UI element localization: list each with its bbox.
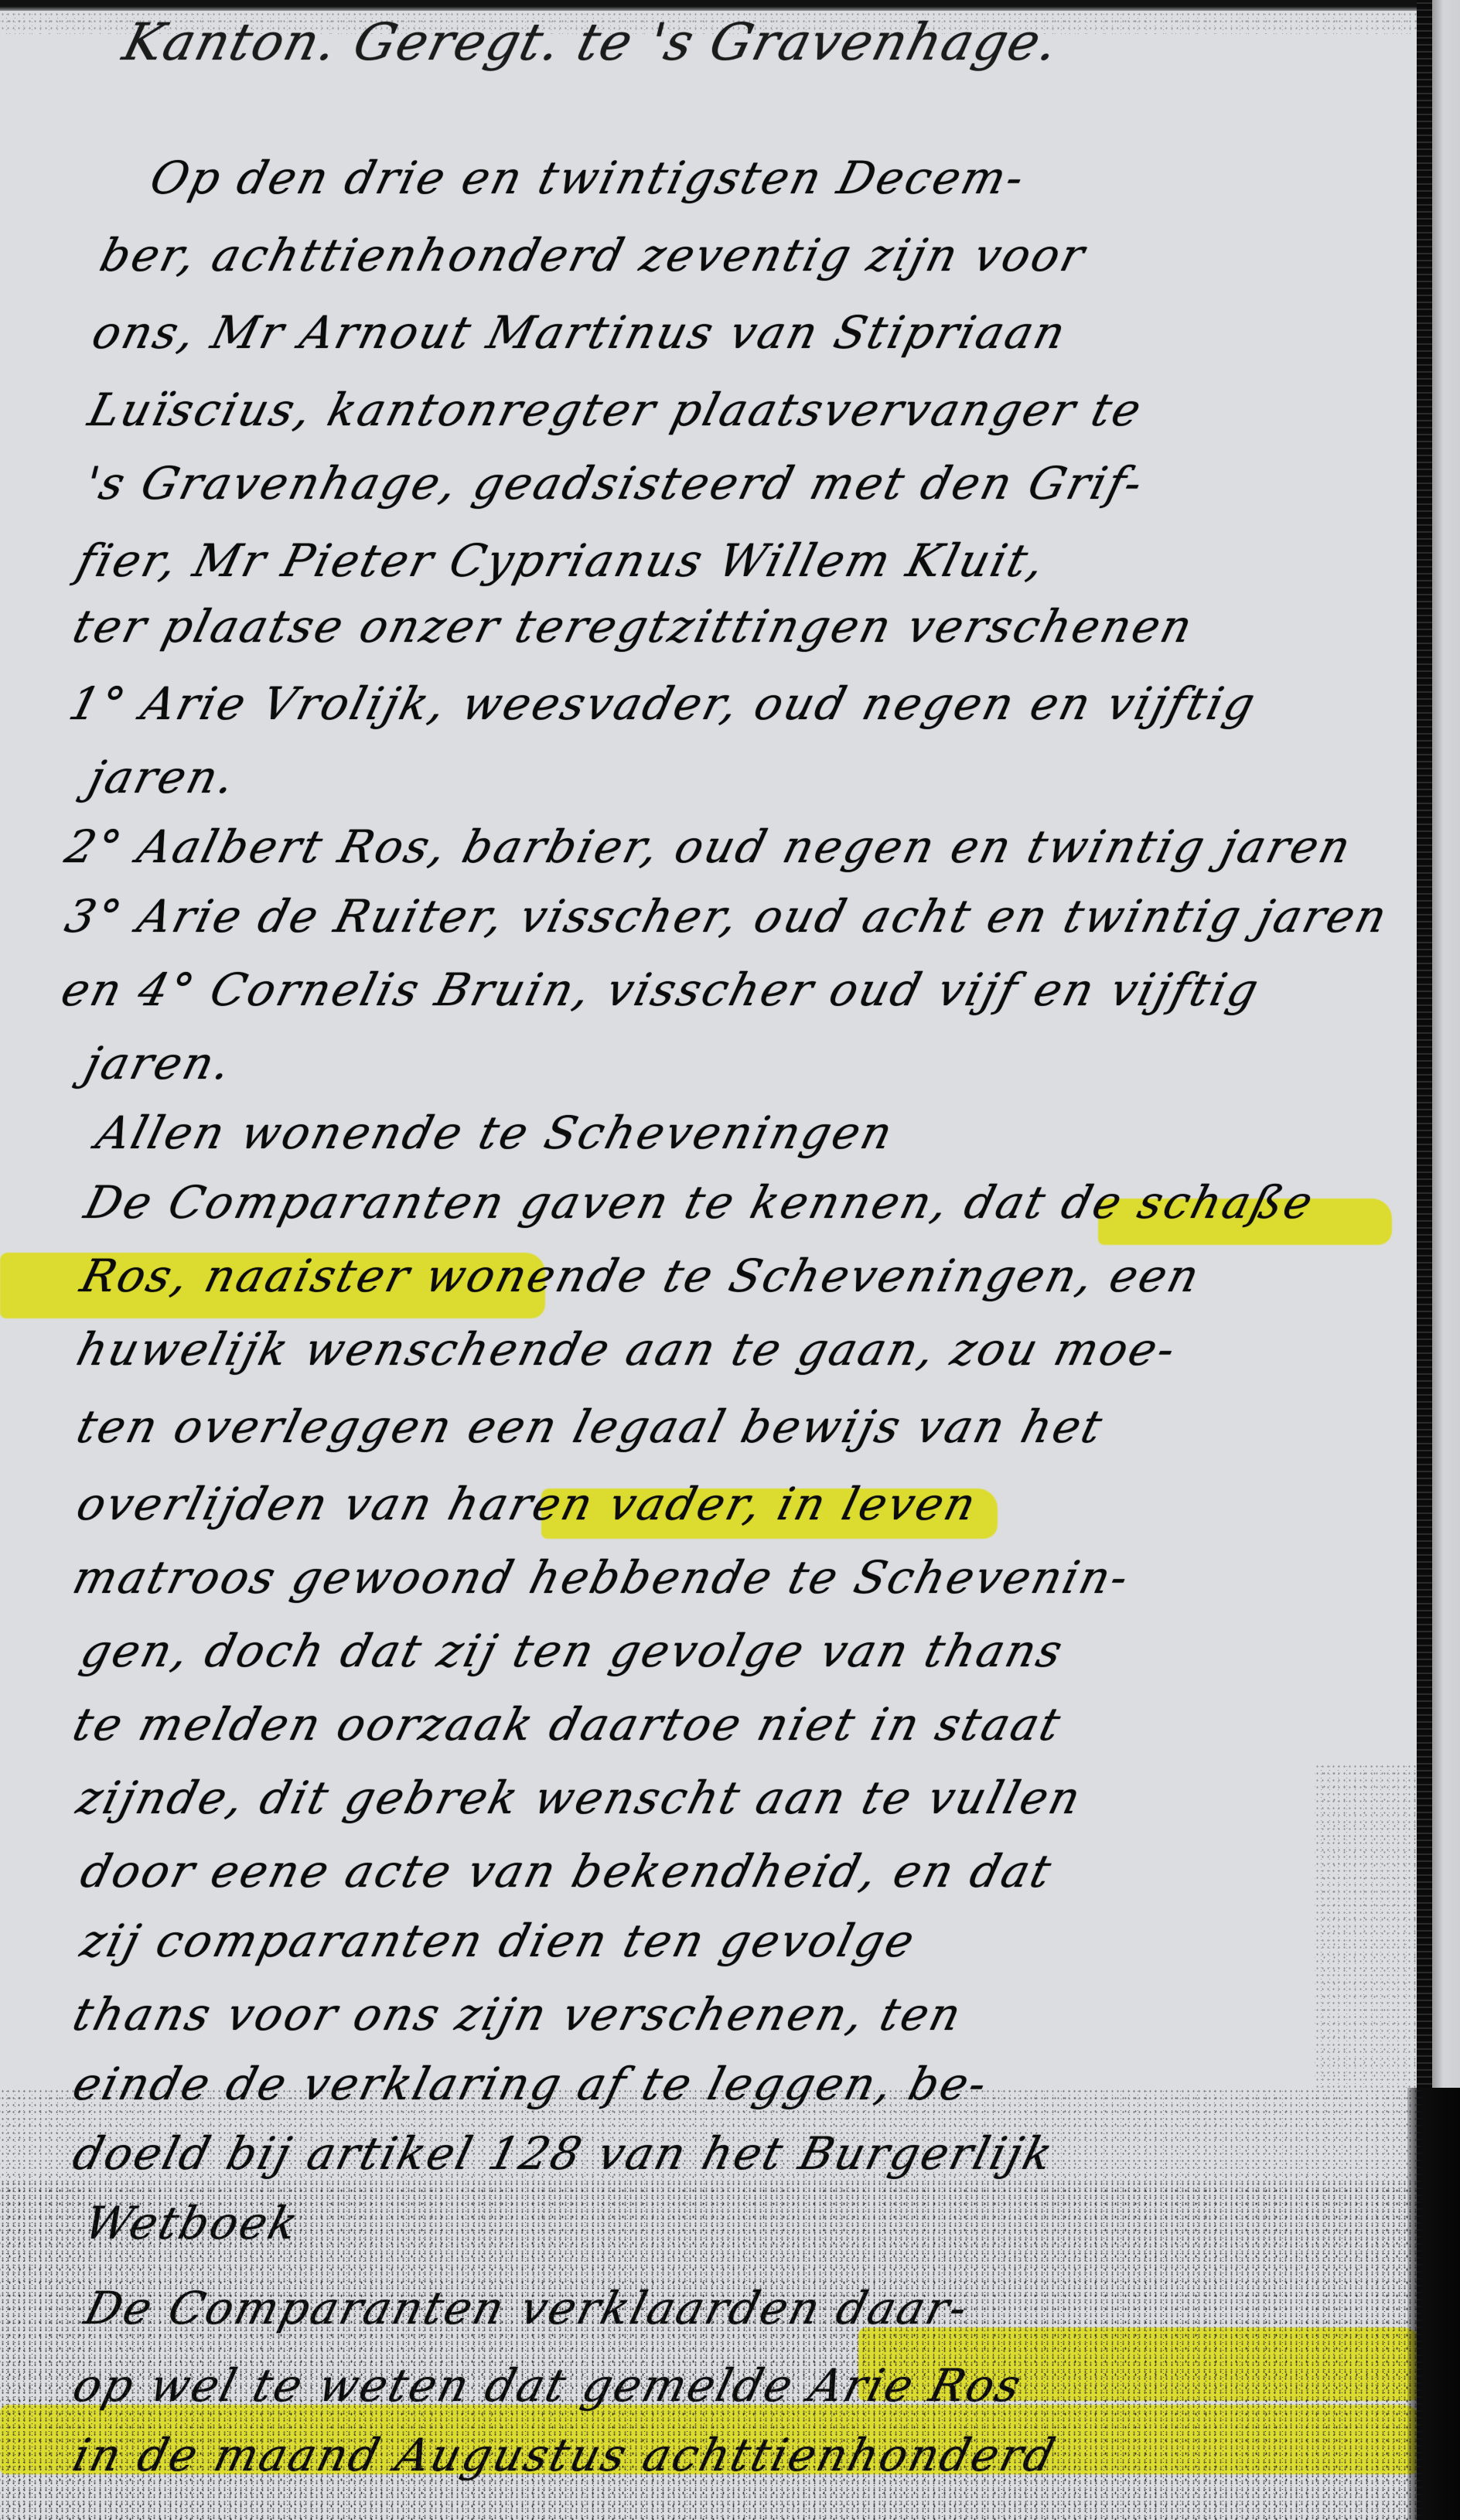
text-line: gen, doch dat zij ten gevolge van thans: [73, 1616, 1072, 1686]
text-line: zij comparanten dien ten gevolge: [73, 1906, 924, 1976]
text-line: doeld bij artikel 128 van het Burgerlijk: [66, 2119, 1062, 2188]
text-line: Ros, naaister wonende te Scheveningen, e…: [73, 1241, 1209, 1311]
text-line: door eene acte van bekendheid, en dat: [73, 1836, 1060, 1906]
text-line: Wetboek: [77, 2188, 307, 2258]
text-line: 3° Arie de Ruiter, visscher, oud acht en…: [58, 881, 1397, 951]
text-line: ten overleggen een legaal bewijs van het: [70, 1392, 1111, 1461]
text-line: jaren.: [77, 1028, 240, 1098]
text-line: thans voor ons zijn verschenen, ten: [66, 1980, 970, 2049]
text-line: Allen wonende te Scheveningen: [89, 1098, 902, 1168]
text-line: ter plaatse onzer teregtzittingen versch…: [66, 592, 1202, 661]
document-title: Kanton. Geregt. te 's Gravenhage.: [116, 8, 1067, 77]
text-line: Op den drie en twintigsten Decem-: [143, 143, 1033, 213]
text-line: ons, Mr Arnout Martinus van Stipriaan: [85, 298, 1075, 367]
text-line: op wel te weten dat gemelde Arie Ros: [66, 2351, 1030, 2420]
text-line: jaren.: [81, 742, 244, 812]
text-line: Luïscius, kantonregter plaatsvervanger t…: [81, 375, 1151, 445]
text-line: 2° Aalbert Ros, barbier, oud negen en tw…: [58, 812, 1360, 881]
text-line: fier, Mr Pieter Cyprianus Willem Kluit,: [70, 526, 1054, 595]
text-line: te melden oorzaak daartoe niet in staat: [66, 1690, 1069, 1759]
handwritten-text-body: Kanton. Geregt. te 's Gravenhage.Op den …: [0, 0, 1460, 2520]
text-line: zijnde, dit gebrek wenscht aan te vullen: [70, 1763, 1090, 1833]
document-page: de schaßeRos, naaisterharen vadergemelde…: [0, 0, 1460, 2520]
text-line: en 4° Cornelis Bruin, visscher oud vijf …: [54, 955, 1267, 1025]
text-line: De Comparanten gaven te kennen, dat de s…: [77, 1168, 1322, 1237]
text-line: in de maand Augustus achttienhonderd: [66, 2420, 1064, 2490]
text-line: matroos gewoond hebbende te Schevenin-: [66, 1543, 1138, 1612]
text-line: huwelijk wenschende aan te gaan, zou moe…: [70, 1315, 1185, 1384]
text-line: 's Gravenhage, geadsisteerd met den Grif…: [77, 448, 1151, 518]
text-line: overlijden van haren vader, in leven: [70, 1469, 985, 1539]
text-line: 1° Arie Vrolijk, weesvader, oud negen en…: [62, 669, 1264, 738]
text-line: De Comparanten verklaarden daar-: [77, 2273, 977, 2343]
binding-bottom-dark: [1407, 2088, 1460, 2520]
text-line: einde de verklaring af te leggen, be-: [66, 2049, 996, 2119]
text-line: ber, achttienhonderd zeventig zijn voor: [93, 220, 1094, 290]
